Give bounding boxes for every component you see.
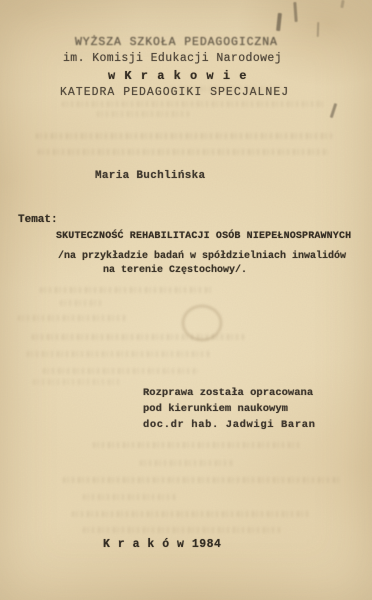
footer-city-year: K r a k ó w 1984: [103, 539, 221, 552]
topic-label: Temat:: [18, 214, 58, 226]
bleedthrough-text-line: [62, 101, 324, 107]
bleedthrough-text-line: [38, 149, 328, 155]
bleedthrough-text-line: [83, 494, 177, 500]
institution-line-1: WYŻSZA SZKOŁA PEDAGOGICZNA: [75, 37, 278, 50]
bleedthrough-text-line: [83, 527, 280, 533]
bleedthrough-text-line: [63, 477, 340, 483]
bleedthrough-text-line: [36, 133, 332, 139]
bleedthrough-text-line: [40, 287, 212, 293]
bleedthrough-text-line: [43, 368, 198, 374]
author-name: Maria Buchlińska: [95, 170, 205, 182]
scanned-title-page: WYŻSZA SZKOŁA PEDAGOGICZNA im. Komisji E…: [0, 0, 372, 600]
bleedthrough-text-line: [32, 334, 244, 340]
supervision-note-line-2: pod kierunkiem naukowym: [143, 404, 288, 416]
supervisor-name-line: doc.dr hab. Jadwigi Baran: [143, 420, 316, 432]
bleedthrough-text-line: [33, 379, 123, 385]
bleedthrough-text-line: [27, 351, 211, 357]
institution-line-2: im. Komisji Edukacji Narodowej: [63, 53, 282, 66]
bleedthrough-text-line: [72, 511, 310, 517]
bleedthrough-text-line: [170, 86, 282, 92]
bleedthrough-text-line: [97, 111, 189, 117]
supervision-note-line-1: Rozprawa została opracowana: [143, 388, 313, 400]
thesis-title: SKUTECZNOŚĆ REHABILITACJI OSÓB NIEPEŁNOS…: [56, 231, 351, 242]
bleedthrough-text-line: [18, 315, 126, 321]
bleedthrough-text-line: [60, 300, 105, 306]
ink-smudge: [317, 22, 320, 37]
ink-smudge: [293, 2, 297, 22]
bleedthrough-text-line: [93, 442, 300, 448]
thesis-subtitle-line-2: na terenie Częstochowy/.: [103, 265, 247, 276]
institution-city-line: w K r a k o w i e: [108, 70, 247, 83]
thesis-subtitle-line-1: /na przykładzie badań w spółdzielniach i…: [58, 251, 346, 262]
ink-smudge: [340, 0, 344, 8]
bleedthrough-text-line: [140, 460, 233, 466]
ink-smudge: [276, 13, 282, 31]
ink-slash-mark: [330, 103, 337, 118]
